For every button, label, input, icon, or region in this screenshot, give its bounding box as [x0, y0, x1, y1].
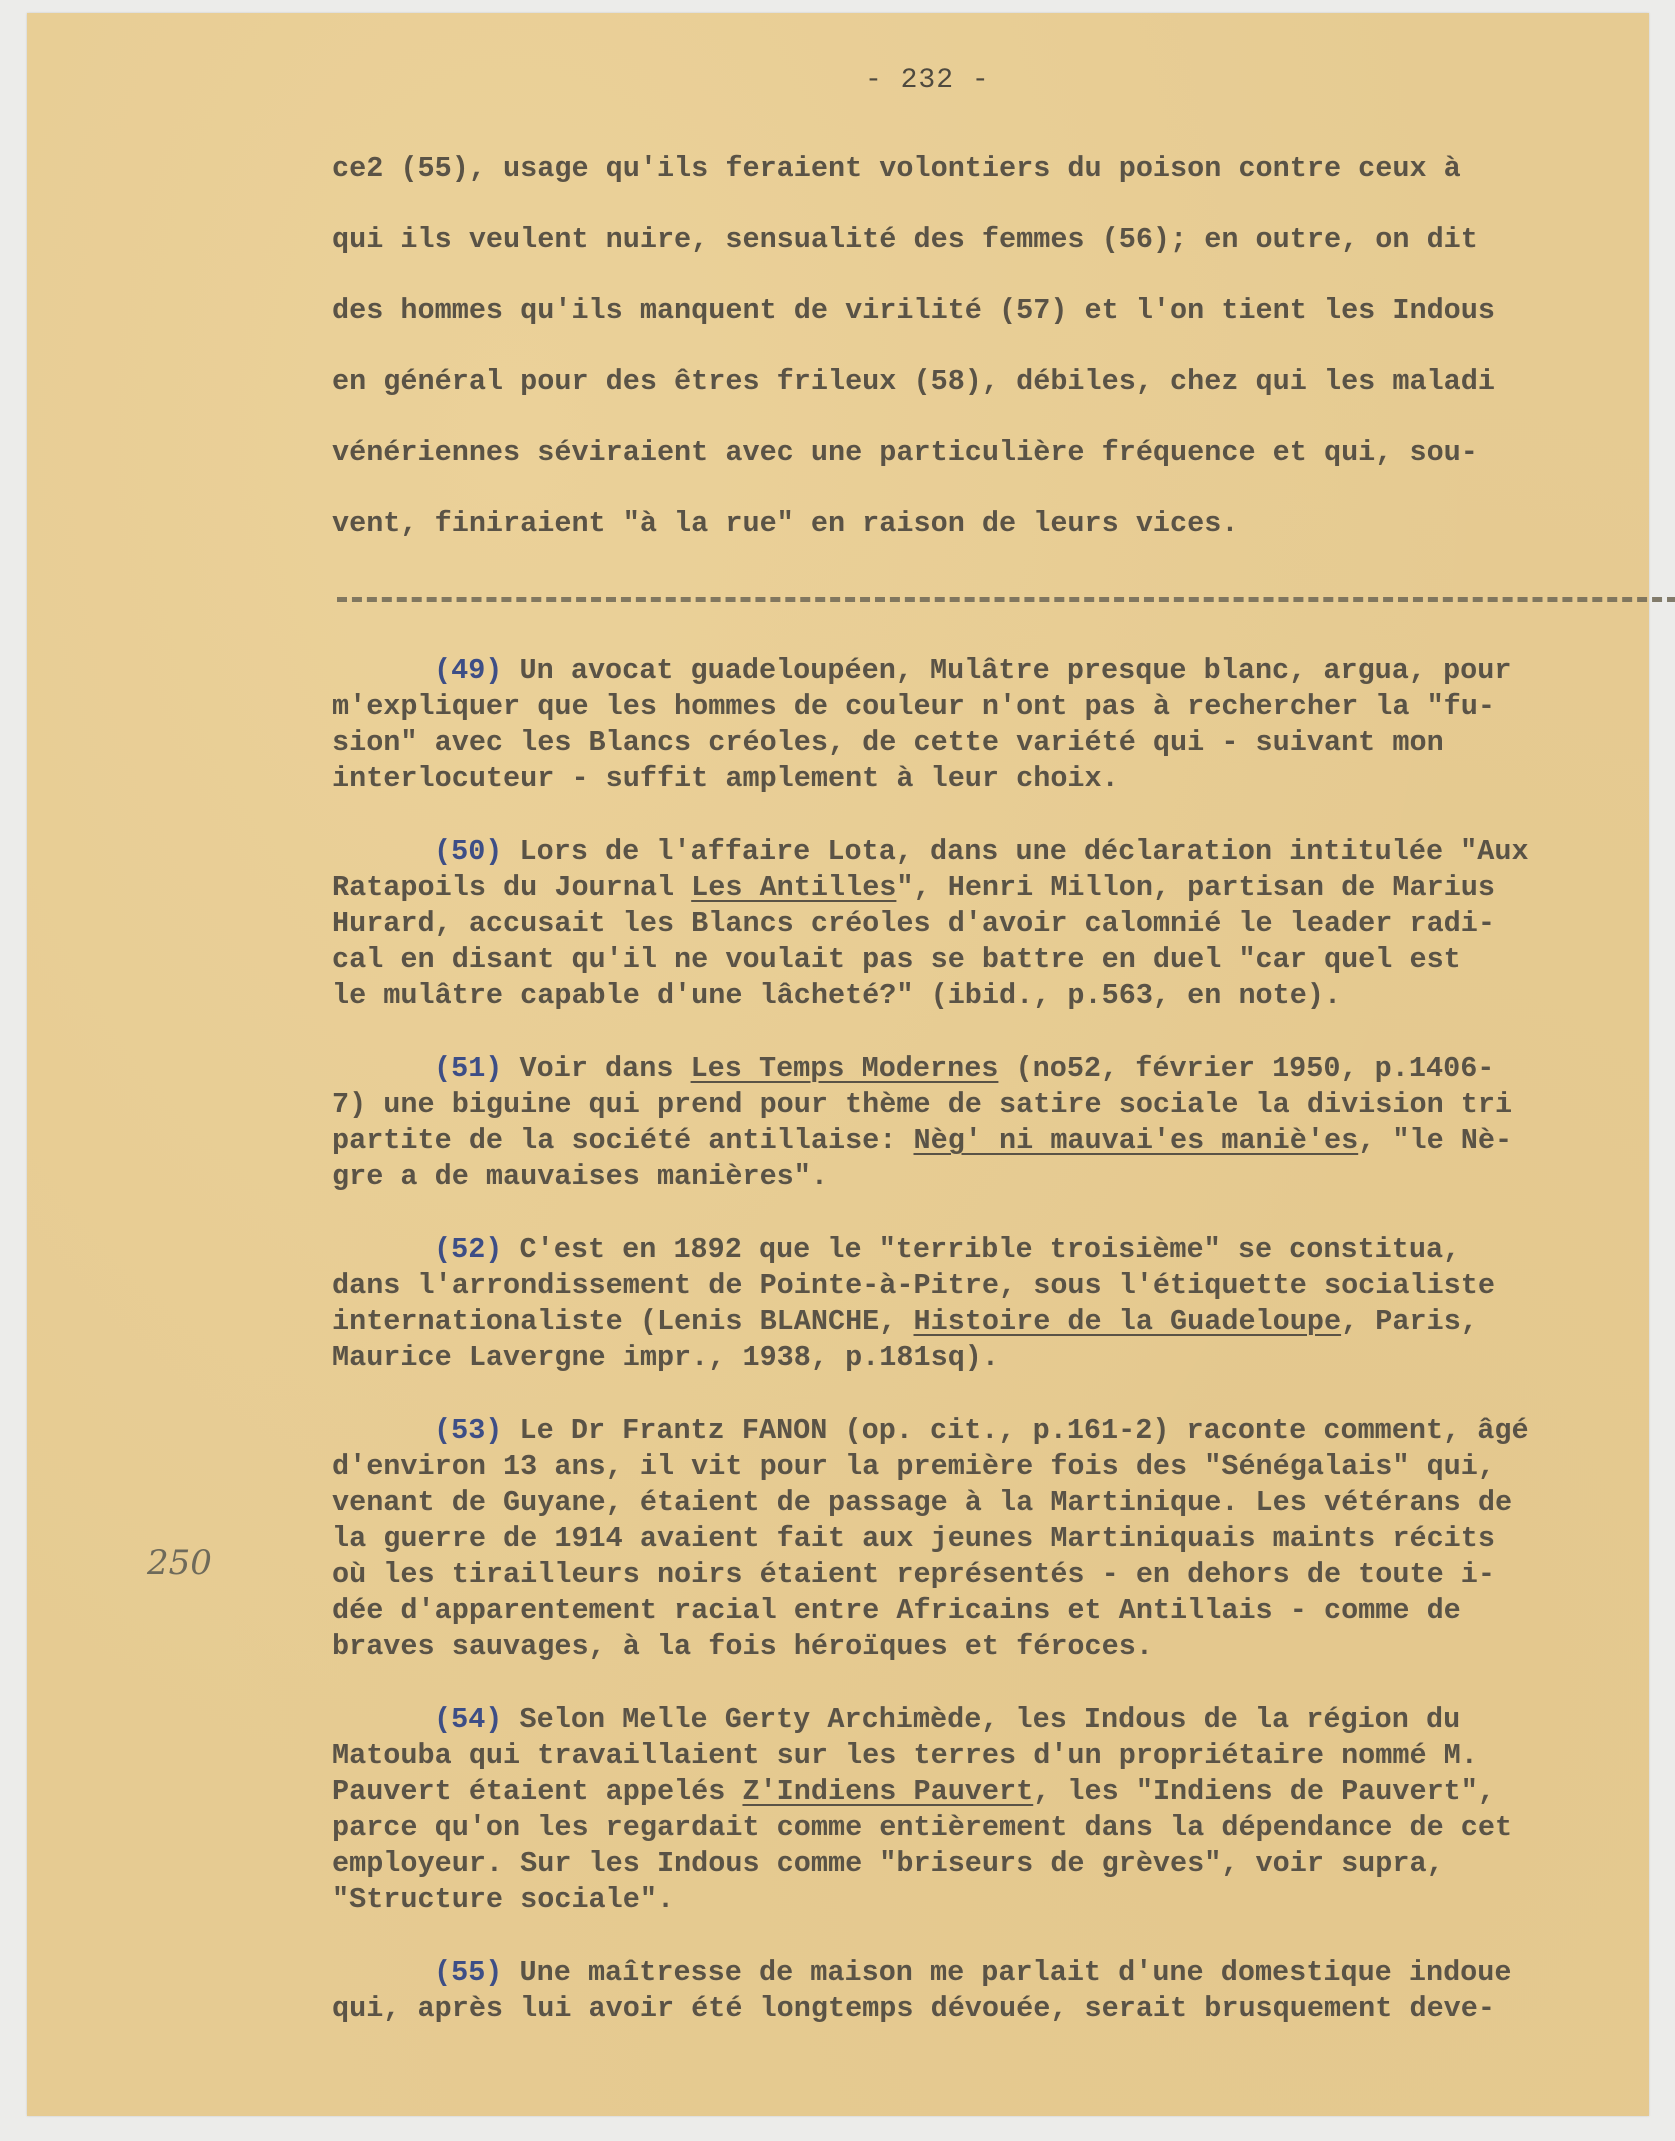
footnote-line: interlocuteur - suffit amplement à leur …: [332, 761, 1675, 797]
footnote-number: (53): [434, 1414, 502, 1447]
footnote-line: internationaliste (Lenis BLANCHE, Histoi…: [332, 1304, 1675, 1340]
footnote-53: (53) Le Dr Frantz FANON (op. cit., p.161…: [332, 1413, 1675, 1665]
footnote-line: d'environ 13 ans, il vit pour la premièr…: [332, 1449, 1675, 1485]
footnote-line: gre a de mauvaises manières".: [332, 1159, 1675, 1195]
footnote-number: (51): [434, 1052, 502, 1085]
footnote-number: (55): [434, 1956, 502, 1989]
footnote-line: (51) Voir dans Les Temps Modernes (no52,…: [332, 1051, 1675, 1087]
underlined-title: Les Temps Modernes: [691, 1052, 999, 1085]
footnote-line: (55) Une maîtresse de maison me parlait …: [332, 1955, 1675, 1991]
footnote-line: dans l'arrondissement de Pointe-à-Pitre,…: [332, 1268, 1675, 1304]
footnote-line: où les tirailleurs noirs étaient représe…: [332, 1557, 1675, 1593]
body-line: des hommes qu'ils manquent de virilité (…: [332, 275, 1672, 346]
footnote-line: Hurard, accusait les Blancs créoles d'av…: [332, 906, 1675, 942]
footnote-number: (54): [434, 1703, 502, 1736]
footnote-line: parce qu'on les regardait comme entièrem…: [332, 1810, 1675, 1846]
footnote-line: dée d'apparentement racial entre Africai…: [332, 1593, 1675, 1629]
footnote-line: Ratapoils du Journal Les Antilles", Henr…: [332, 870, 1675, 906]
footnote-line: (52) C'est en 1892 que le "terrible troi…: [332, 1232, 1675, 1268]
typescript-page: - 232 - 250 ce2 (55), usage qu'ils ferai…: [27, 13, 1649, 2116]
footnote-55: (55) Une maîtresse de maison me parlait …: [332, 1955, 1675, 2027]
footnote-54: (54) Selon Melle Gerty Archimède, les In…: [332, 1702, 1675, 1918]
footnote-line: cal en disant qu'il ne voulait pas se ba…: [332, 942, 1675, 978]
body-line: ce2 (55), usage qu'ils feraient volontie…: [332, 133, 1672, 204]
footnote-line: partite de la société antillaise: Nèg' n…: [332, 1123, 1675, 1159]
body-line: vent, finiraient "à la rue" en raison de…: [332, 488, 1672, 559]
footnote-number: (52): [434, 1233, 502, 1266]
main-body-text: ce2 (55), usage qu'ils feraient volontie…: [332, 133, 1672, 559]
footnote-line: venant de Guyane, étaient de passage à l…: [332, 1485, 1675, 1521]
page-number: - 232 -: [865, 65, 990, 96]
body-line: vénériennes séviraient avec une particul…: [332, 417, 1672, 488]
footnote-number: (50): [434, 835, 502, 868]
footnote-line: la guerre de 1914 avaient fait aux jeune…: [332, 1521, 1675, 1557]
body-line: qui ils veulent nuire, sensualité des fe…: [332, 204, 1672, 275]
footnote-line: Matouba qui travaillaient sur les terres…: [332, 1738, 1675, 1774]
footnote-line: (53) Le Dr Frantz FANON (op. cit., p.161…: [332, 1413, 1675, 1449]
footnotes-section: (49) Un avocat guadeloupéen, Mulâtre pre…: [332, 653, 1675, 2064]
underlined-title: Les Antilles: [691, 871, 896, 904]
footnote-separator-rule: [337, 597, 1675, 602]
footnote-number: (49): [434, 654, 502, 687]
footnote-line: (49) Un avocat guadeloupéen, Mulâtre pre…: [332, 653, 1675, 689]
footnote-line: 7) une biguine qui prend pour thème de s…: [332, 1087, 1675, 1123]
footnote-line: "Structure sociale".: [332, 1882, 1675, 1918]
footnote-line: m'expliquer que les hommes de couleur n'…: [332, 689, 1675, 725]
footnote-52: (52) C'est en 1892 que le "terrible troi…: [332, 1232, 1675, 1376]
underlined-title: Histoire de la Guadeloupe: [914, 1305, 1342, 1338]
footnote-50: (50) Lors de l'affaire Lota, dans une dé…: [332, 834, 1675, 1014]
footnote-line: Pauvert étaient appelés Z'Indiens Pauver…: [332, 1774, 1675, 1810]
body-line: en général pour des êtres frileux (58), …: [332, 346, 1672, 417]
footnote-line: le mulâtre capable d'une lâcheté?" (ibid…: [332, 978, 1675, 1014]
footnote-line: (50) Lors de l'affaire Lota, dans une dé…: [332, 834, 1675, 870]
footnote-line: sion" avec les Blancs créoles, de cette …: [332, 725, 1675, 761]
footnote-49: (49) Un avocat guadeloupéen, Mulâtre pre…: [332, 653, 1675, 797]
underlined-phrase: Z'Indiens Pauvert: [742, 1775, 1033, 1808]
footnote-line: qui, après lui avoir été longtemps dévou…: [332, 1991, 1675, 2027]
footnote-line: employeur. Sur les Indous comme "briseur…: [332, 1846, 1675, 1882]
footnote-line: braves sauvages, à la fois héroïques et …: [332, 1629, 1675, 1665]
footnote-line: Maurice Lavergne impr., 1938, p.181sq).: [332, 1340, 1675, 1376]
footnote-51: (51) Voir dans Les Temps Modernes (no52,…: [332, 1051, 1675, 1195]
handwritten-margin-note: 250: [147, 1543, 212, 1583]
underlined-phrase: Nèg' ni mauvai'es maniè'es: [914, 1124, 1359, 1157]
footnote-line: (54) Selon Melle Gerty Archimède, les In…: [332, 1702, 1675, 1738]
